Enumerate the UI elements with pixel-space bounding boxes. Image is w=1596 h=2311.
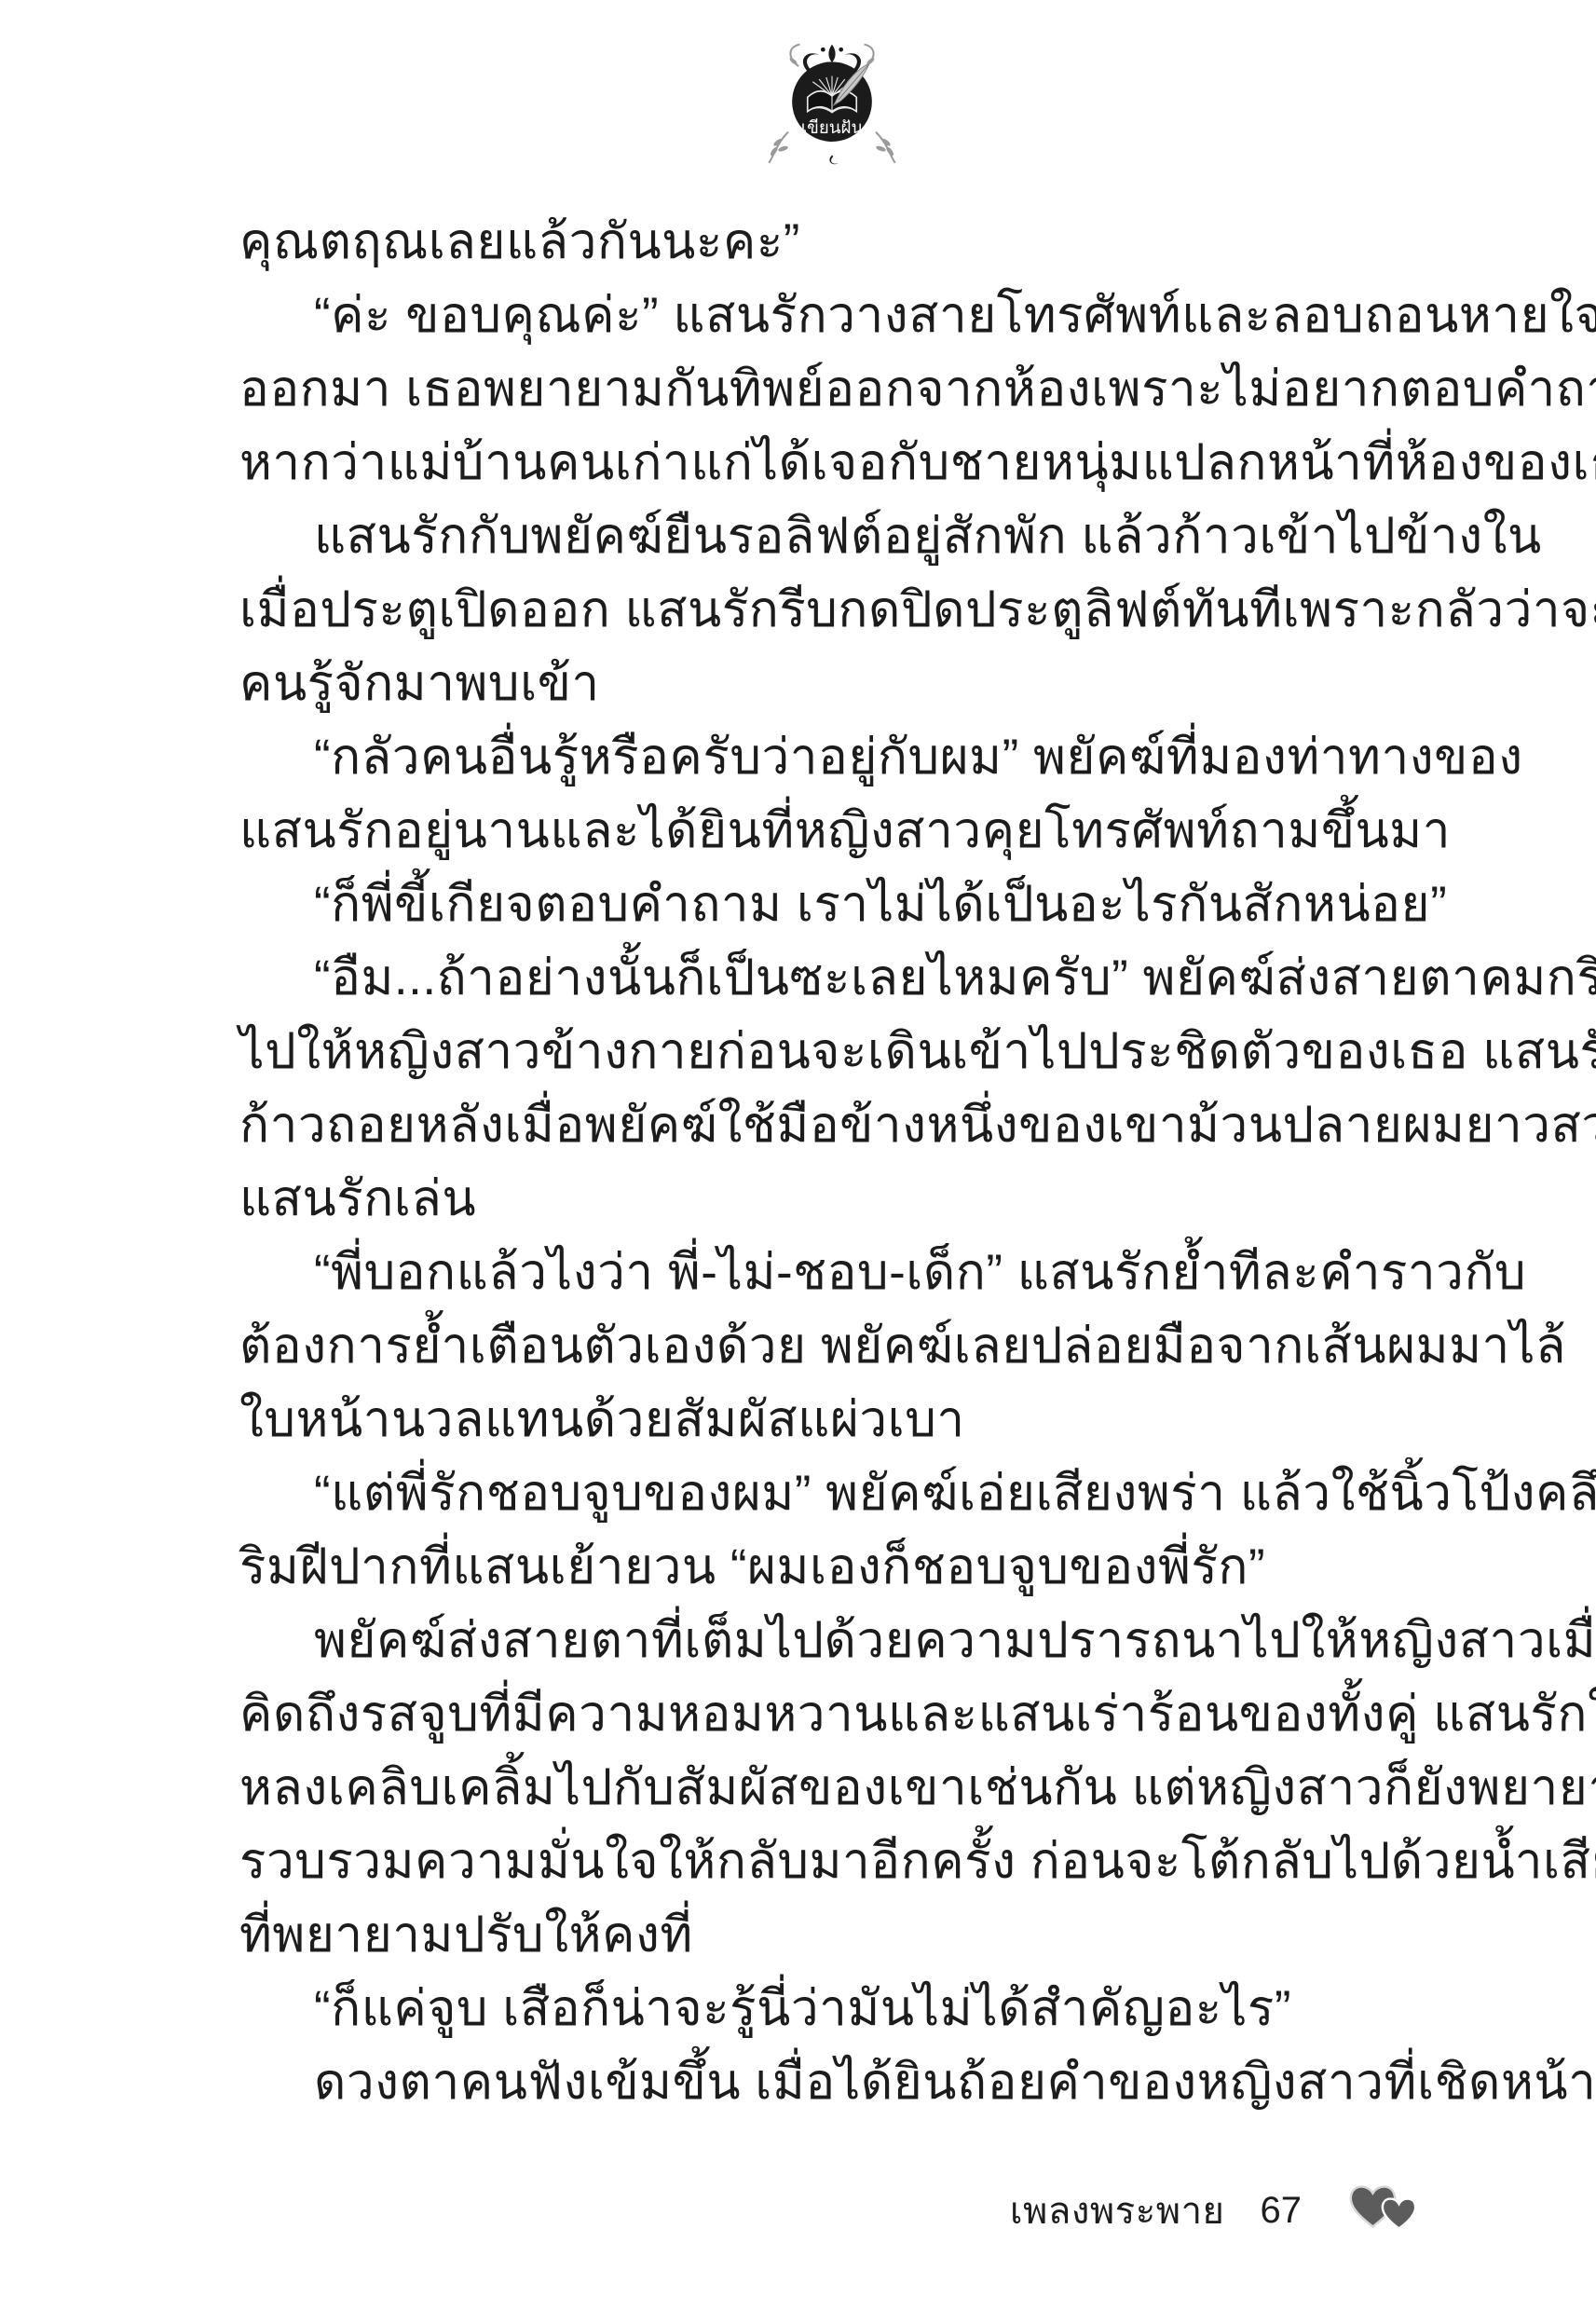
text-line: ก้าวถอยหลังเมื่อพยัคฆ์ใช้มือข้างหนึ่งของ… [239, 1088, 1425, 1162]
text-line: ที่พยายามปรับให้คงที่ [239, 1898, 1425, 1972]
body-text: คุณตฤณเลยแล้วกันนะคะ” “ค่ะ ขอบคุณค่ะ” แส… [239, 205, 1425, 2119]
publisher-logo-emblem-icon: เขียนฝัน [761, 35, 903, 177]
text-line: แสนรักอยู่นานและได้ยินที่หญิงสาวคุยโทรศั… [239, 794, 1425, 868]
text-line: รวบรวมความมั่นใจให้กลับมาอีกครั้ง ก่อนจะ… [239, 1825, 1425, 1898]
text-line: ดวงตาคนฟังเข้มขึ้น เมื่อได้ยินถ้อยคำของห… [239, 2045, 1425, 2119]
text-line: ริมฝีปากที่แสนเย้ายวน “ผมเองก็ชอบจูบของพ… [239, 1530, 1425, 1604]
text-line: “ก็พี่ขี้เกียจตอบคำถาม เราไม่ได้เป็นอะไร… [239, 868, 1425, 941]
text-line: คนรู้จักมาพบเข้า [239, 647, 1425, 720]
text-line: หลงเคลิบเคลิ้มไปกับสัมผัสของเขาเช่นกัน แ… [239, 1751, 1425, 1825]
text-line: ใบหน้านวลแทนด้วยสัมผัสแผ่วเบา [239, 1383, 1425, 1456]
publisher-logo: เขียนฝัน [239, 35, 1425, 177]
text-line: แสนรักกับพยัคฆ์ยืนรอลิฟต์อยู่สักพัก แล้ว… [239, 499, 1425, 573]
text-line: “ก็แค่จูบ เสือก็น่าจะรู้นี่ว่ามันไม่ได้ส… [239, 1972, 1425, 2045]
text-line: ไปให้หญิงสาวข้างกายก่อนจะเดินเข้าไปประชิ… [239, 1015, 1425, 1088]
text-line: พยัคฆ์ส่งสายตาที่เต็มไปด้วยความปรารถนาไป… [239, 1604, 1425, 1677]
text-line: “พี่บอกแล้วไงว่า พี่-ไม่-ชอบ-เด็ก” แสนรั… [239, 1236, 1425, 1309]
text-line: ต้องการย้ำเตือนตัวเองด้วย พยัคฆ์เลยปล่อย… [239, 1309, 1425, 1383]
text-line: เมื่อประตูเปิดออก แสนรักรีบกดปิดประตูลิฟ… [239, 573, 1425, 647]
text-line: “กลัวคนอื่นรู้หรือครับว่าอยู่กับผม” พยัค… [239, 720, 1425, 794]
page-number: 67 [1261, 2190, 1303, 2232]
page-footer: เพลงพระพาย 67 [239, 2181, 1425, 2240]
text-line: คุณตฤณเลยแล้วกันนะคะ” [239, 205, 1425, 279]
hearts-icon [1346, 2182, 1425, 2238]
text-line: ออกมา เธอพยายามกันทิพย์ออกจากห้องเพราะไม… [239, 352, 1425, 426]
publisher-logo-text: เขียนฝัน [801, 117, 864, 137]
book-title: เพลงพระพาย [1010, 2181, 1225, 2240]
text-line: “อืม...ถ้าอย่างนั้นก็เป็นซะเลยไหมครับ” พ… [239, 941, 1425, 1015]
text-line: คิดถึงรสจูบที่มีความหอมหวานและแสนเร่าร้อ… [239, 1677, 1425, 1751]
text-line: แสนรักเล่น [239, 1162, 1425, 1236]
book-page: เขียนฝัน คุณตฤณเลยแล้วกันนะคะ” “ค่ะ ขอบค… [0, 0, 1596, 2311]
text-line: “ค่ะ ขอบคุณค่ะ” แสนรักวางสายโทรศัพท์และล… [239, 279, 1425, 352]
text-line: “แต่พี่รักชอบจูบของผม” พยัคฆ์เอ่ยเสียงพร… [239, 1456, 1425, 1530]
text-line: หากว่าแม่บ้านคนเก่าแก่ได้เจอกับชายหนุ่มแ… [239, 426, 1425, 499]
